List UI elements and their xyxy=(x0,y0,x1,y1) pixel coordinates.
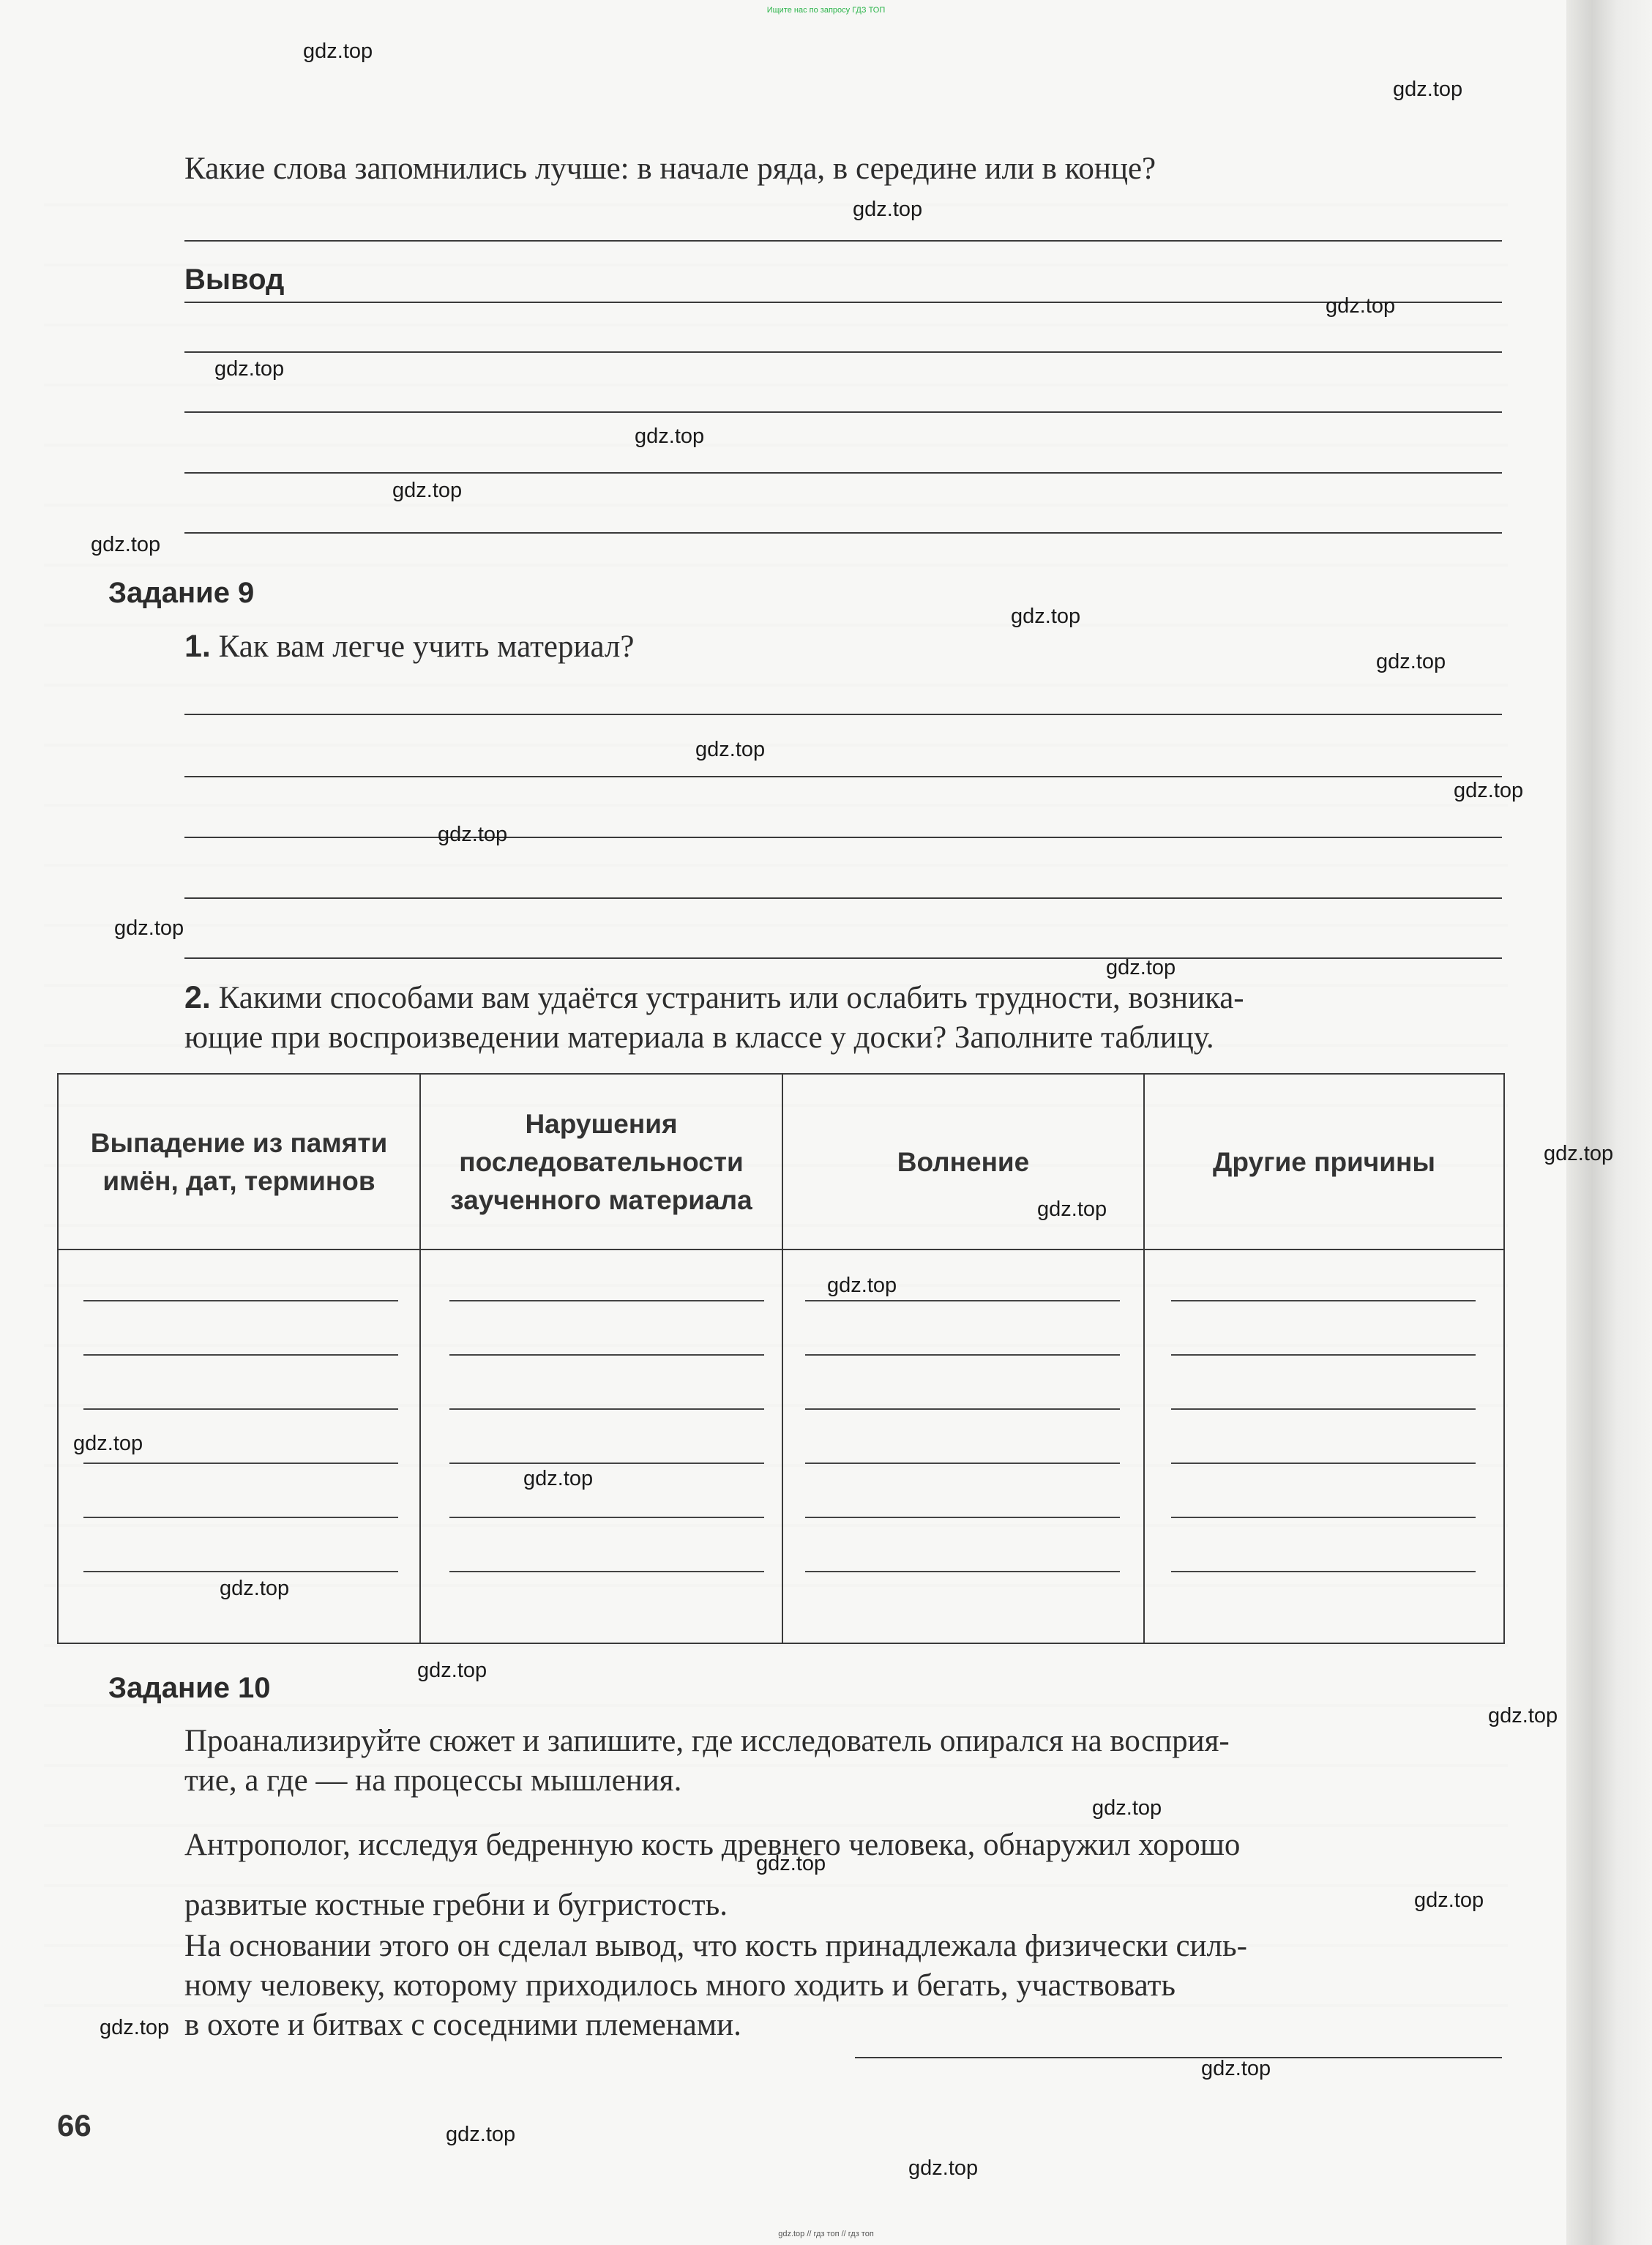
story-line-1: Антрополог, исследуя бедренную кость дре… xyxy=(184,1828,1240,1862)
watermark-text: gdz.top xyxy=(853,198,922,222)
answer-line[interactable] xyxy=(184,776,1502,777)
table-answer-line[interactable] xyxy=(83,1300,398,1301)
table-answer-line[interactable] xyxy=(805,1463,1120,1464)
column-header-forgetting: Выпадение из памяти имён, дат, терминов xyxy=(59,1075,419,1250)
watermark-text: gdz.top xyxy=(1201,2057,1271,2081)
table-answer-line[interactable] xyxy=(83,1408,398,1410)
question-text: Как вам легче учить материал? xyxy=(219,630,635,664)
watermark-text: gdz.top xyxy=(446,2123,515,2147)
task10-heading: Задание 10 xyxy=(108,1672,271,1705)
watermark-text: gdz.top xyxy=(1454,779,1523,803)
answer-line[interactable] xyxy=(184,351,1502,353)
watermark-text: gdz.top xyxy=(91,533,160,557)
table-answer-line[interactable] xyxy=(449,1300,764,1301)
task10-story-continued: На основании этого он сделал вывод, что … xyxy=(184,1927,1517,2045)
task10-instruction: Проанализируйте сюжет и запишите, где ис… xyxy=(184,1722,1517,1801)
table-answer-line[interactable] xyxy=(83,1517,398,1518)
watermark-text: gdz.top xyxy=(1393,78,1462,102)
answer-line[interactable] xyxy=(855,2057,1502,2058)
watermark-text: gdz.top xyxy=(635,425,704,449)
story-line-2: развитые костные гребни и бугристость. xyxy=(184,1888,728,1922)
column-header-anxiety: Волнение xyxy=(783,1075,1143,1250)
watermark-text: gdz.top xyxy=(1092,1796,1162,1820)
watermark-text: gdz.top xyxy=(114,916,184,941)
bottom-banner: gdz.top // гдз топ // гдз топ xyxy=(0,2230,1652,2238)
table-answer-line[interactable] xyxy=(1171,1354,1476,1356)
question-number: 1. xyxy=(184,629,211,664)
table-answer-line[interactable] xyxy=(83,1463,398,1464)
difficulties-table: Выпадение из памяти имён, дат, терминов … xyxy=(57,1073,1505,1644)
watermark-text: gdz.top xyxy=(1106,956,1176,980)
watermark-text: gdz.top xyxy=(220,1577,289,1601)
answer-line[interactable] xyxy=(184,714,1502,715)
table-answer-line[interactable] xyxy=(805,1517,1120,1518)
task9-heading: Задание 9 xyxy=(108,577,254,610)
top-banner: Ищите нас по запросу ГДЗ ТОП xyxy=(0,6,1652,15)
watermark-text: gdz.top xyxy=(695,738,765,762)
intro-question: Какие слова запомнились лучше: в начале … xyxy=(184,149,1517,189)
table-answer-line[interactable] xyxy=(1171,1300,1476,1301)
answer-line[interactable] xyxy=(184,532,1502,534)
answer-line[interactable] xyxy=(184,957,1502,959)
instruction-line-2: тие, а где — на процессы мышления. xyxy=(184,1763,681,1798)
table-answer-line[interactable] xyxy=(805,1408,1120,1410)
watermark-text: gdz.top xyxy=(1376,650,1446,674)
question-text-line-2: ющие при воспроизведении материала в кла… xyxy=(184,1020,1214,1055)
answer-line[interactable] xyxy=(184,240,1502,242)
table-answer-line[interactable] xyxy=(449,1354,764,1356)
table-answer-line[interactable] xyxy=(449,1463,764,1464)
answer-line[interactable] xyxy=(184,472,1502,474)
watermark-text: gdz.top xyxy=(908,2156,978,2181)
watermark-text: gdz.top xyxy=(303,40,373,64)
watermark-text: gdz.top xyxy=(827,1274,897,1298)
conclusion-heading: Вывод xyxy=(184,264,284,296)
question-number: 2. xyxy=(184,980,211,1015)
watermark-text: gdz.top xyxy=(417,1659,487,1683)
answer-line[interactable] xyxy=(184,837,1502,838)
table-answer-line[interactable] xyxy=(1171,1517,1476,1518)
task10-story: Антрополог, исследуя бедренную кость дре… xyxy=(184,1815,1517,1935)
story-line-3: На основании этого он сделал вывод, что … xyxy=(184,1929,1247,1963)
watermark-text: gdz.top xyxy=(73,1432,143,1456)
story-line-4: ному человеку, которому приходилось мног… xyxy=(184,1968,1176,2003)
table-answer-line[interactable] xyxy=(805,1571,1120,1572)
watermark-text: gdz.top xyxy=(100,2016,169,2040)
watermark-text: gdz.top xyxy=(756,1852,826,1876)
answer-line[interactable] xyxy=(184,411,1502,413)
watermark-text: gdz.top xyxy=(523,1467,593,1491)
watermark-text: gdz.top xyxy=(392,479,462,503)
page-number: 66 xyxy=(57,2108,91,2143)
watermark-text: gdz.top xyxy=(1037,1198,1107,1222)
column-header-other: Другие причины xyxy=(1145,1075,1503,1250)
watermark-text: gdz.top xyxy=(1488,1704,1558,1728)
watermark-text: gdz.top xyxy=(214,357,284,381)
watermark-text: gdz.top xyxy=(1326,294,1395,318)
watermark-text: gdz.top xyxy=(1544,1142,1613,1166)
task9-question-2: 2. Какими способами вам удаётся устранит… xyxy=(184,978,1517,1058)
story-line-5: в охоте и битвах с соседними племенами. xyxy=(184,2008,741,2042)
instruction-line-1: Проанализируйте сюжет и запишите, где ис… xyxy=(184,1724,1230,1758)
task9-question-1: 1. Как вам легче учить материал? xyxy=(184,627,1517,667)
table-answer-line[interactable] xyxy=(83,1571,398,1572)
page-edge-shadow xyxy=(1566,0,1652,2245)
answer-line[interactable] xyxy=(184,302,1502,303)
table-answer-line[interactable] xyxy=(449,1408,764,1410)
watermark-text: gdz.top xyxy=(1414,1889,1484,1913)
watermark-text: gdz.top xyxy=(438,823,507,847)
table-answer-line[interactable] xyxy=(805,1354,1120,1356)
question-text-line-1: Какими способами вам удаётся устранить и… xyxy=(219,981,1244,1015)
table-answer-line[interactable] xyxy=(1171,1408,1476,1410)
table-answer-line[interactable] xyxy=(1171,1463,1476,1464)
table-answer-line[interactable] xyxy=(83,1354,398,1356)
answer-line[interactable] xyxy=(184,897,1502,899)
column-header-sequence: Нарушения последовательности заученного … xyxy=(421,1075,782,1250)
watermark-text: gdz.top xyxy=(1011,605,1080,629)
table-answer-line[interactable] xyxy=(805,1300,1120,1301)
table-answer-line[interactable] xyxy=(1171,1571,1476,1572)
table-answer-line[interactable] xyxy=(449,1517,764,1518)
table-answer-line[interactable] xyxy=(449,1571,764,1572)
